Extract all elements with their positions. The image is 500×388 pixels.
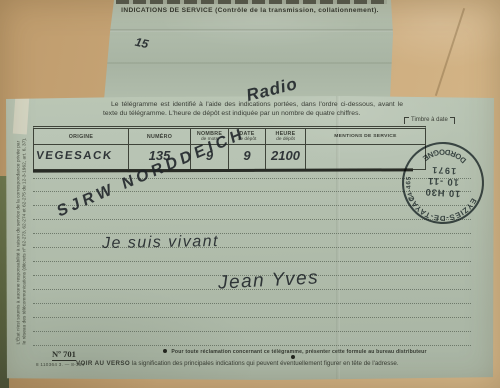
writing-line <box>33 247 471 248</box>
handwritten-rule <box>33 168 413 172</box>
fold-crease <box>103 29 393 32</box>
verso-bold: VOIR AU VERSO <box>76 360 130 367</box>
column-header: ORIGINE <box>34 129 128 145</box>
writing-line <box>33 303 471 304</box>
timbre-label-text: Timbre à date <box>411 117 448 123</box>
bracket-icon <box>404 117 409 124</box>
handwritten-mark: 15 <box>134 35 150 51</box>
verso-rest: la signification des principales indicat… <box>132 360 399 367</box>
postmark-stamp: EYZIES-DE-TAYAC 24-465 DORDOGNE 10 H30 1… <box>398 138 488 228</box>
col-heure: HEUREde dépôt 2100 <box>266 129 306 169</box>
column-header: HEUREde dépôt <box>266 129 305 145</box>
postmark-svg: EYZIES-DE-TAYAC 24-465 DORDOGNE 10 H30 1… <box>398 138 488 228</box>
bullet-icon <box>163 349 167 353</box>
col-origine: ORIGINE VEGESACK <box>34 129 129 169</box>
value-origine: VEGESACK <box>33 145 130 169</box>
legal-side-note-line2: le réseau des télécommunications (décret… <box>23 105 29 345</box>
stamp-department: DORDOGNE <box>420 146 468 165</box>
svg-text:DORDOGNE: DORDOGNE <box>420 146 468 165</box>
writing-line <box>33 261 471 262</box>
value-heure: 2100 <box>266 145 305 169</box>
stamp-year: 1971 <box>431 165 457 176</box>
telegram-scan: INDICATIONS DE SERVICE (Contrôle de la t… <box>0 0 500 388</box>
value-date: 9 <box>229 145 265 169</box>
handwritten-message: Je suis vivant <box>102 233 219 253</box>
writing-line <box>33 345 471 346</box>
verso-note: VOIR AU VERSO la signification des princ… <box>76 360 452 367</box>
timbre-a-date-label: Timbre à date <box>404 117 455 124</box>
fold-crease <box>435 8 465 96</box>
legal-side-note: L'État n'est soumis à aucune responsabil… <box>17 105 30 345</box>
column-header: NUMÉRO <box>129 129 190 145</box>
writing-line <box>33 331 471 332</box>
handwritten-signature: Jean Yves <box>217 267 319 294</box>
writing-line <box>33 233 471 234</box>
torn-edge <box>116 0 387 4</box>
telegram-form-body: Le télégramme est identifié à l'aide des… <box>6 96 494 380</box>
bracket-icon <box>450 117 455 124</box>
form-number: Nº 701 <box>52 349 76 361</box>
fold-crease <box>103 62 393 64</box>
indications-title: INDICATIONS DE SERVICE (Contrôle de la t… <box>117 7 383 14</box>
reclamation-text: Pour toute réclamation concernant ce tél… <box>171 349 426 355</box>
writing-line <box>33 317 471 318</box>
